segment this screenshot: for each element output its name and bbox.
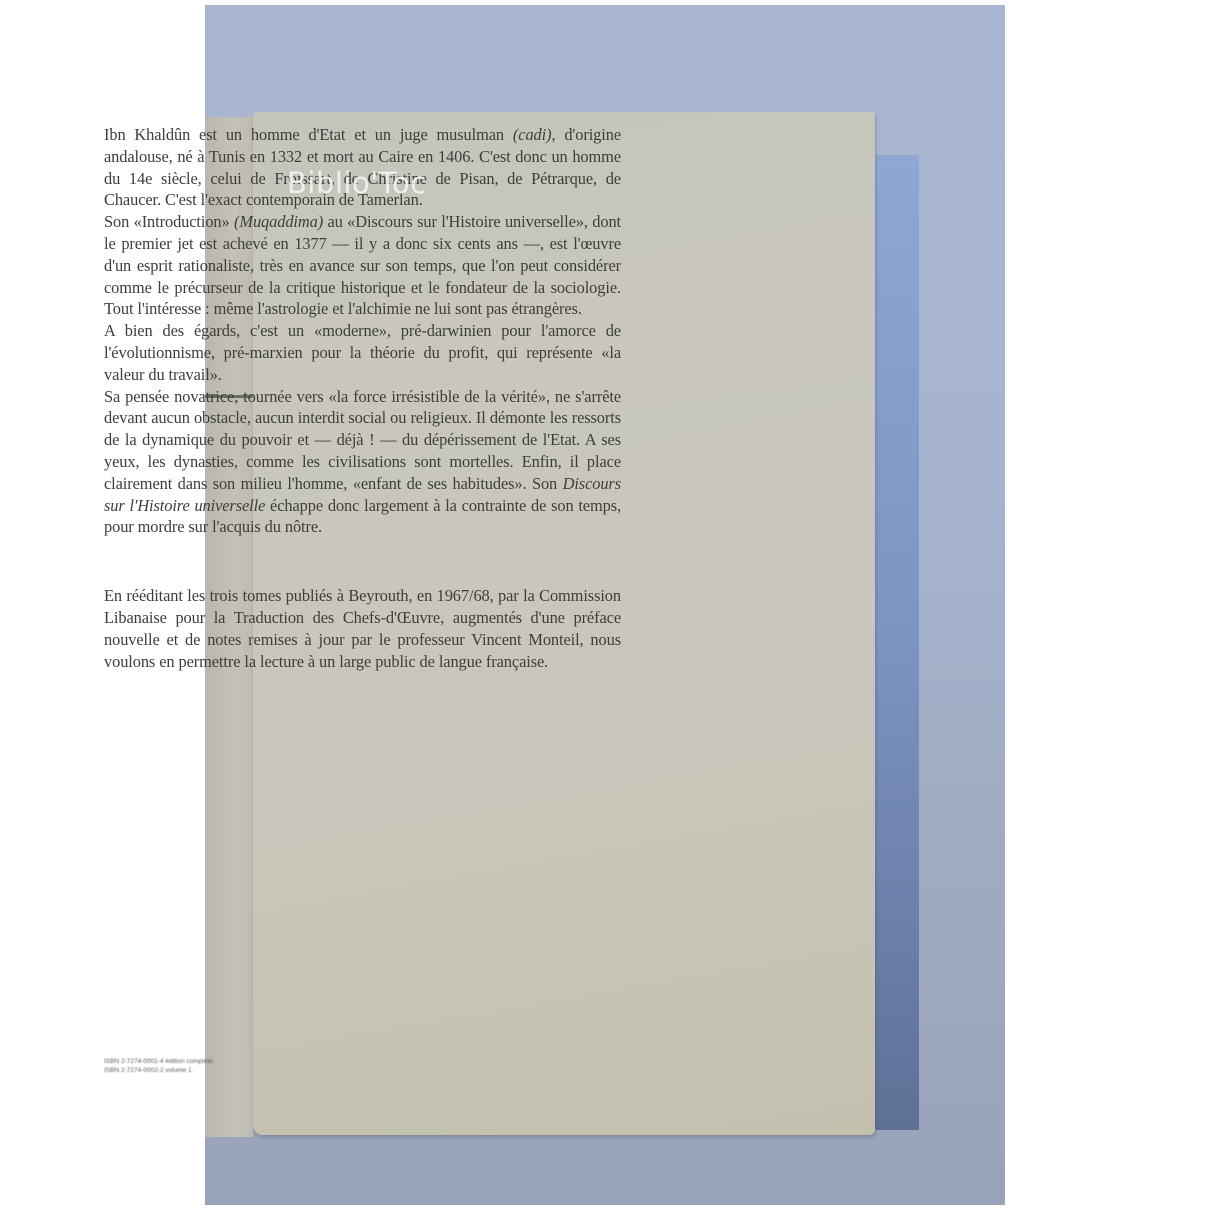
- italic-term: (cadi): [513, 125, 552, 144]
- text-run: Ibn Khaldûn est un homme d'Etat et un ju…: [104, 125, 513, 144]
- text-run: Son «Introduction»: [104, 212, 234, 231]
- text-run: En rééditant les trois tomes publiés à B…: [104, 586, 621, 670]
- italic-term: (Muqaddima): [234, 212, 323, 231]
- paragraph-4: Sa pensée novatrice, tournée vers «la fo…: [104, 386, 621, 539]
- isbn-line-1: ISBN 2-7274-0001-4 édition complète: [104, 1057, 324, 1066]
- text-run: A bien des égards, c'est un «moderne», p…: [104, 321, 621, 384]
- page-shadow: [875, 155, 919, 1130]
- paragraph-3: A bien des égards, c'est un «moderne», p…: [104, 320, 621, 385]
- isbn-block: ISBN 2-7274-0001-4 édition complète ISBN…: [104, 1057, 324, 1075]
- paragraph-2: Son «Introduction» (Muqaddima) au «Disco…: [104, 211, 621, 320]
- watermark-logo: Biblio'Toc: [287, 166, 427, 200]
- back-cover-text: Ibn Khaldûn est un homme d'Etat et un ju…: [104, 124, 621, 672]
- isbn-line-2: ISBN 2-7274-0002-2 volume 1: [104, 1066, 324, 1075]
- text-run: Sa pensée novatrice, tournée vers «la fo…: [104, 387, 621, 493]
- paragraph-5: En rééditant les trois tomes publiés à B…: [104, 585, 621, 672]
